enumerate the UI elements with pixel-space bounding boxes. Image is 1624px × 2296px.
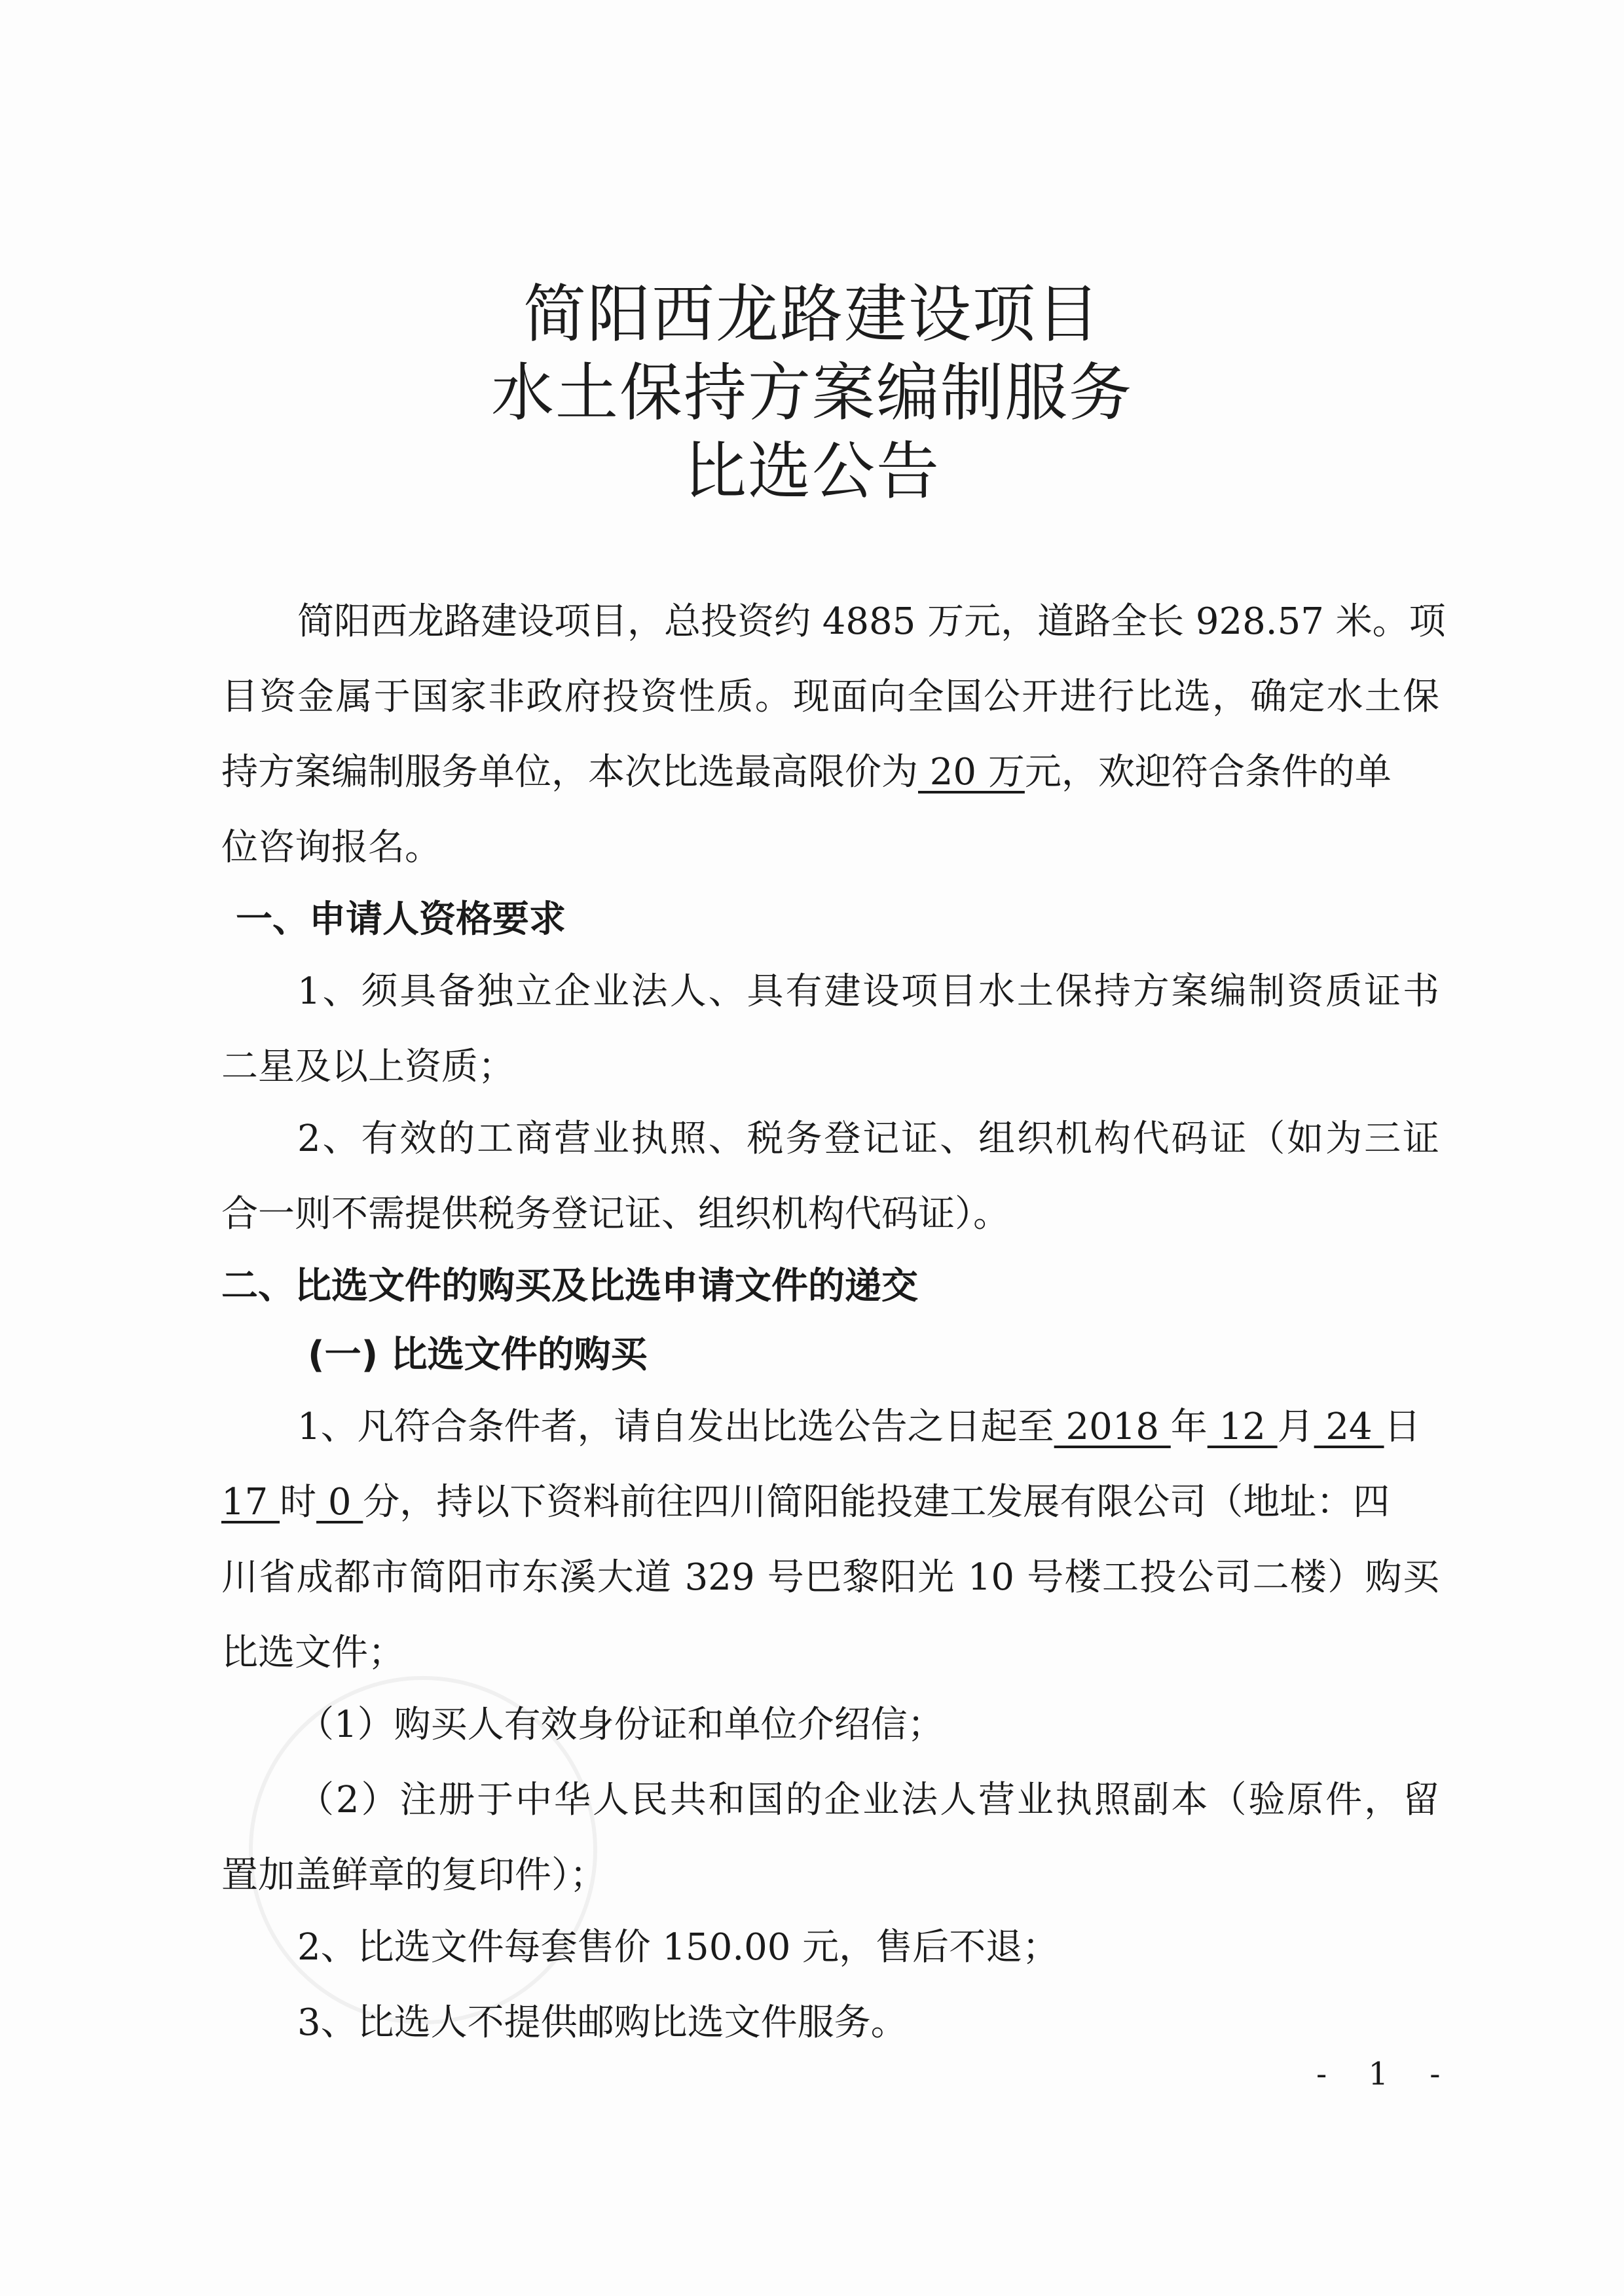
deadline-minute: 0 <box>316 1481 363 1523</box>
s2-req2-line1: （2）注册于中华人民共和国的企业法人营业执照副本（验原件，留 <box>221 1774 1439 1827</box>
hour-label: 时 <box>280 1481 316 1523</box>
s2-item3: 3、比选人不提供邮购比选文件服务。 <box>221 1997 1439 2049</box>
s1-item1-line1: 1、须具备独立企业法人、具有建设项目水土保持方案编制资质证书 <box>221 966 1439 1018</box>
title-line-3: 比选公告 <box>0 435 1624 507</box>
day-label: 日 <box>1384 1406 1420 1448</box>
intro-text: 元，欢迎符合条件的单 <box>1025 751 1392 793</box>
title-line-2: 水土保持方案编制服务 <box>0 357 1624 429</box>
s1-item2-line2: 合一则不需提供税务登记证、组织机构代码证）。 <box>221 1188 1439 1241</box>
deadline-year: 2018 <box>1054 1406 1171 1448</box>
section-2-heading: 二、比选文件的购买及比选申请文件的递交 <box>221 1260 918 1313</box>
s2-item1-line3: 川省成都市简阳市东溪大道 329 号巴黎阳光 10 号楼工投公司二楼）购买 <box>221 1552 1439 1604</box>
item-text: 1、凡符合条件者，请自发出比选公告之日起至 <box>297 1406 1054 1448</box>
intro-line-4: 位咨询报名。 <box>221 822 1439 874</box>
s2-item2: 2、比选文件每套售价 150.00 元，售后不退； <box>221 1922 1439 1974</box>
deadline-day: 24 <box>1314 1406 1384 1448</box>
max-price: 20 万 <box>918 751 1025 793</box>
month-label: 月 <box>1278 1406 1314 1448</box>
intro-line-3: 持方案编制服务单位，本次比选最高限价为 20 万元，欢迎符合条件的单 <box>221 746 1439 799</box>
section-1-heading: 一、申请人资格要求 <box>236 894 566 946</box>
deadline-month: 12 <box>1208 1406 1278 1448</box>
s1-item1-line2: 二星及以上资质； <box>221 1041 1439 1093</box>
title-line-1: 简阳西龙路建设项目 <box>0 278 1624 350</box>
section-2-sub1-heading: (一) 比选文件的购买 <box>308 1329 648 1381</box>
item-text: 分，持以下资料前往四川简阳能投建工发展有限公司（地址：四 <box>363 1481 1390 1523</box>
s2-item1-line2: 17 时 0 分，持以下资料前往四川简阳能投建工发展有限公司（地址：四 <box>221 1476 1439 1529</box>
s1-item2-line1: 2、有效的工商营业执照、税务登记证、组织机构代码证（如为三证 <box>221 1113 1439 1165</box>
s2-item1-line4: 比选文件； <box>221 1627 1439 1679</box>
s2-req2-line2: 置加盖鲜章的复印件）； <box>221 1850 1439 1902</box>
s2-item1-line1: 1、凡符合条件者，请自发出比选公告之日起至 2018 年 12 月 24 日 <box>221 1401 1439 1453</box>
intro-line-2: 目资金属于国家非政府投资性质。现面向全国公开进行比选，确定水土保 <box>221 671 1439 723</box>
year-label: 年 <box>1171 1406 1208 1448</box>
document-page: 简阳西龙路建设项目 水土保持方案编制服务 比选公告 简阳西龙路建设项目，总投资约… <box>0 0 1624 2296</box>
intro-text: 持方案编制服务单位，本次比选最高限价为 <box>221 751 918 793</box>
page-number: - 1 - <box>1316 2056 1456 2092</box>
intro-line-1: 简阳西龙路建设项目，总投资约 4885 万元，道路全长 928.57 米。项 <box>221 596 1439 648</box>
s2-req1: （1）购买人有效身份证和单位介绍信； <box>221 1699 1439 1751</box>
deadline-hour: 17 <box>221 1481 280 1523</box>
